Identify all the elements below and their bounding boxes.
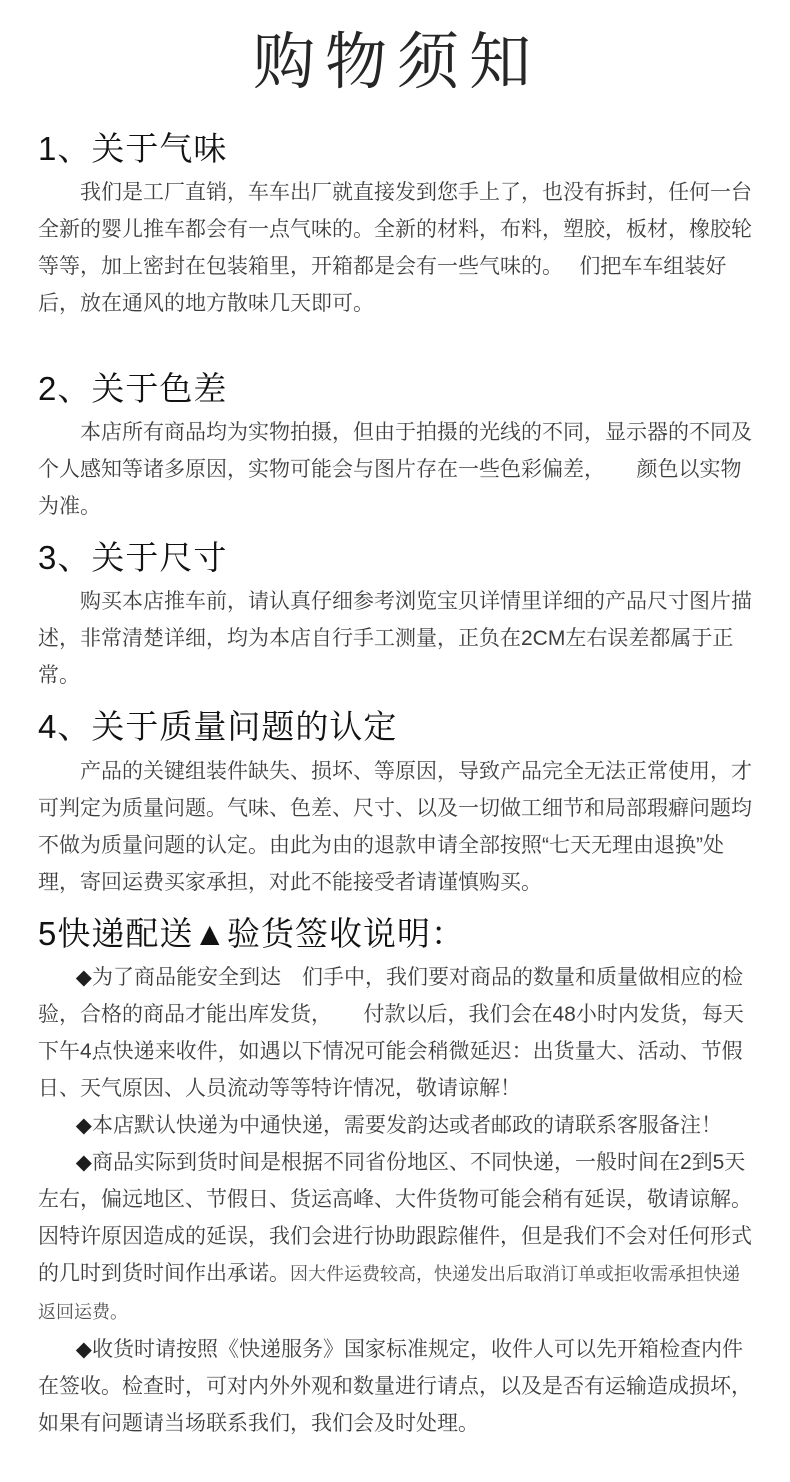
delivery-bullet-arrival-time: ◆商品实际到货时间是根据不同省份地区、不同快递，一般时间在2到5天左右，偏远地区… — [38, 1144, 756, 1331]
diamond-bullet-icon: ◆ — [76, 1151, 92, 1174]
delivery-bullet-inspection-text: 为了商品能安全到达 们手中，我们要对商品的数量和质量做相应的检验，合格的商品才能… — [38, 966, 744, 1100]
section-size-paragraph: 购买本店推车前，请认真仔细参考浏览宝贝详情里详细的产品尺寸图片描述，非常清楚详细… — [38, 583, 756, 694]
delivery-bullet-courier: ◆本店默认快递为中通快递，需要发韵达或者邮政的请联系客服备注！ — [38, 1107, 756, 1144]
section-color-difference: 2、关于色差 本店所有商品均为实物拍摄，但由于拍摄的光线的不同，显示器的不同及个… — [38, 368, 756, 525]
diamond-bullet-icon: ◆ — [76, 1338, 92, 1361]
section-quality-paragraph: 产品的关键组装件缺失、损坏、等原因，导致产品完全无法正常使用，才可判定为质量问题… — [38, 753, 756, 901]
diamond-bullet-icon: ◆ — [76, 966, 92, 989]
page-title: 购物须知 — [38, 24, 756, 102]
section-size-heading: 3、关于尺寸 — [38, 537, 756, 578]
section-quality: 4、关于质量问题的认定 产品的关键组装件缺失、损坏、等原因，导致产品完全无法正常… — [38, 706, 756, 900]
section-smell-heading: 1、关于气味 — [38, 128, 756, 169]
section-smell-paragraph: 我们是工厂直销，车车出厂就直接发到您手上了，也没有拆封，任何一台全新的婴儿推车都… — [38, 174, 756, 322]
delivery-bullet-signing: ◆收货时请按照《快递服务》国家标准规定，收件人可以先开箱检查内件在签收。检查时，… — [38, 1331, 756, 1442]
delivery-bullet-signing-text: 收货时请按照《快递服务》国家标准规定，收件人可以先开箱检查内件在签收。检查时，可… — [38, 1338, 752, 1435]
section-quality-heading: 4、关于质量问题的认定 — [38, 706, 756, 747]
section-delivery-heading: 5快递配送▲验货签收说明： — [38, 913, 756, 954]
diamond-bullet-icon: ◆ — [76, 1114, 92, 1137]
section-delivery: 5快递配送▲验货签收说明： ◆为了商品能安全到达 们手中，我们要对商品的数量和质… — [38, 913, 756, 1442]
section-smell: 1、关于气味 我们是工厂直销，车车出厂就直接发到您手上了，也没有拆封，任何一台全… — [38, 128, 756, 322]
delivery-bullet-inspection: ◆为了商品能安全到达 们手中，我们要对商品的数量和质量做相应的检验，合格的商品才… — [38, 959, 756, 1107]
section-size: 3、关于尺寸 购买本店推车前，请认真仔细参考浏览宝贝详情里详细的产品尺寸图片描述… — [38, 537, 756, 694]
section-color-difference-paragraph: 本店所有商品均为实物拍摄，但由于拍摄的光线的不同，显示器的不同及个人感知等诸多原… — [38, 414, 756, 525]
section-color-difference-heading: 2、关于色差 — [38, 368, 756, 409]
delivery-bullet-courier-text: 本店默认快递为中通快递，需要发韵达或者邮政的请联系客服备注！ — [92, 1114, 722, 1137]
shopping-notice-page: 购物须知 1、关于气味 我们是工厂直销，车车出厂就直接发到您手上了，也没有拆封，… — [0, 0, 790, 1482]
